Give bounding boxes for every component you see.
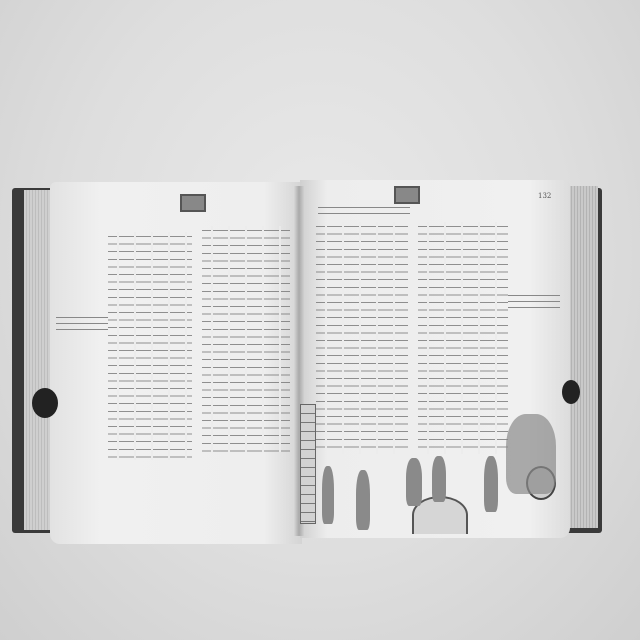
left-page-column-2 bbox=[202, 226, 290, 452]
right-page-column-1 bbox=[316, 222, 408, 454]
left-clasp bbox=[32, 388, 58, 418]
soldier-figure bbox=[322, 466, 334, 524]
open-manuscript: 132 bbox=[0, 0, 640, 640]
left-header-ornament bbox=[180, 194, 206, 212]
soldier-group bbox=[506, 414, 556, 494]
crossbowman-figure bbox=[356, 470, 370, 530]
right-header-ornament bbox=[394, 186, 420, 204]
soldier-figure bbox=[484, 456, 498, 512]
left-marginal-note bbox=[56, 314, 108, 330]
soldier-figure bbox=[432, 456, 446, 502]
left-page-column-1 bbox=[108, 232, 192, 460]
rubric-heading bbox=[318, 204, 410, 218]
right-marginal-note bbox=[508, 292, 560, 308]
right-clasp bbox=[562, 380, 580, 404]
right-page-column-2 bbox=[418, 222, 508, 454]
castle-tower-drawing bbox=[300, 404, 316, 524]
soldier-figure bbox=[406, 458, 422, 506]
folio-number: 132 bbox=[538, 192, 551, 200]
